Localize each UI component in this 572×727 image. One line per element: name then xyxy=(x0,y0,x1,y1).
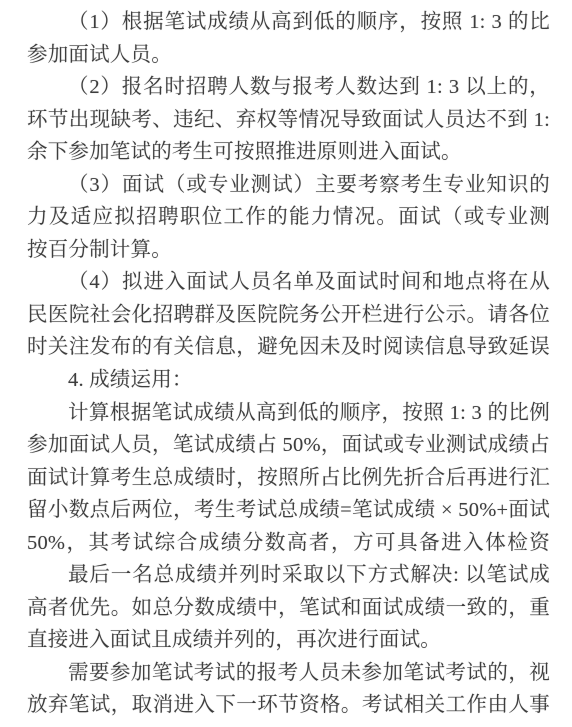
text-line: 力及适应拟招聘职位工作的能力情况。面试（或专业测试）成绩 xyxy=(27,201,550,234)
text-line: （4）拟进入面试人员名单及面试时间和地点将在从江县人 xyxy=(27,266,550,299)
text-line: 4. 成绩运用： xyxy=(27,364,550,397)
paragraph: 需要参加笔试考试的报考人员未参加笔试考试的，视为自动放弃笔试，取消进入下一环节资… xyxy=(27,657,550,722)
text-line: （3）面试（或专业测试）主要考察考生专业知识的运用能 xyxy=(27,169,550,202)
text-line: 参加面试人员。 xyxy=(27,39,550,72)
text-line: 参加面试人员，笔试成绩占 50%，面试或专业测试成绩占 50%， xyxy=(27,429,550,462)
paragraph: （1）根据笔试成绩从高到低的顺序，按照 1: 3 的比例确定参加面试人员。 xyxy=(27,6,550,71)
text-line: 50%，其考试综合成绩分数高者，方可具备进入体检资格。 xyxy=(27,527,550,560)
text-line: （1）根据笔试成绩从高到低的顺序，按照 1: 3 的比例确定 xyxy=(27,6,550,39)
paragraph: 4. 成绩运用： xyxy=(27,364,550,397)
text-line: 高者优先。如总分数成绩中，笔试和面试成绩一致的，重新面试， xyxy=(27,592,550,625)
text-line: 环节出现缺考、违纪、弃权等情况导致面试人员达不到 1: 3 的， xyxy=(27,104,550,137)
document-page: （1）根据笔试成绩从高到低的顺序，按照 1: 3 的比例确定参加面试人员。（2）… xyxy=(0,0,572,727)
text-line: 最后一名总成绩并列时采取以下方式解决: 以笔试成绩分数 xyxy=(27,559,550,592)
text-line: 留小数点后两位，考生考试总成绩=笔试成绩 × 50%+面试成绩 × xyxy=(27,494,550,527)
text-line: （2）报名时招聘人数与报考人数达到 1: 3 以上的，因笔试 xyxy=(27,71,550,104)
paragraph: 最后一名总成绩并列时采取以下方式解决: 以笔试成绩分数高者优先。如总分数成绩中，… xyxy=(27,559,550,657)
text-line: 需要参加笔试考试的报考人员未参加笔试考试的，视为自动 xyxy=(27,657,550,690)
text-line: 直接进入面试且成绩并列的，再次进行面试。 xyxy=(27,624,550,657)
paragraph: （2）报名时招聘人数与报考人数达到 1: 3 以上的，因笔试环节出现缺考、违纪、… xyxy=(27,71,550,169)
document-body: （1）根据笔试成绩从高到低的顺序，按照 1: 3 的比例确定参加面试人员。（2）… xyxy=(27,6,550,722)
text-line: 时关注发布的有关信息，避免因未及时阅读信息导致延误考试。 xyxy=(27,331,550,364)
text-line: 余下参加笔试的考生可按照推进原则进入面试。 xyxy=(27,136,550,169)
text-line: 放弃笔试，取消进入下一环节资格。考试相关工作由人事科、监 xyxy=(27,689,550,722)
paragraph: 计算根据笔试成绩从高到低的顺序，按照 1: 3 的比例确定参加面试人员，笔试成绩… xyxy=(27,397,550,560)
text-line: 计算根据笔试成绩从高到低的顺序，按照 1: 3 的比例确定 xyxy=(27,397,550,430)
paragraph: （3）面试（或专业测试）主要考察考生专业知识的运用能力及适应拟招聘职位工作的能力… xyxy=(27,169,550,267)
text-line: 按百分制计算。 xyxy=(27,234,550,267)
text-line: 面试计算考生总成绩时，按照所占比例先折合后再进行汇总，保 xyxy=(27,462,550,495)
paragraph: （4）拟进入面试人员名单及面试时间和地点将在从江县人民医院社会化招聘群及医院院务… xyxy=(27,266,550,364)
text-line: 民医院社会化招聘群及医院院务公开栏进行公示。请各位考生随 xyxy=(27,299,550,332)
